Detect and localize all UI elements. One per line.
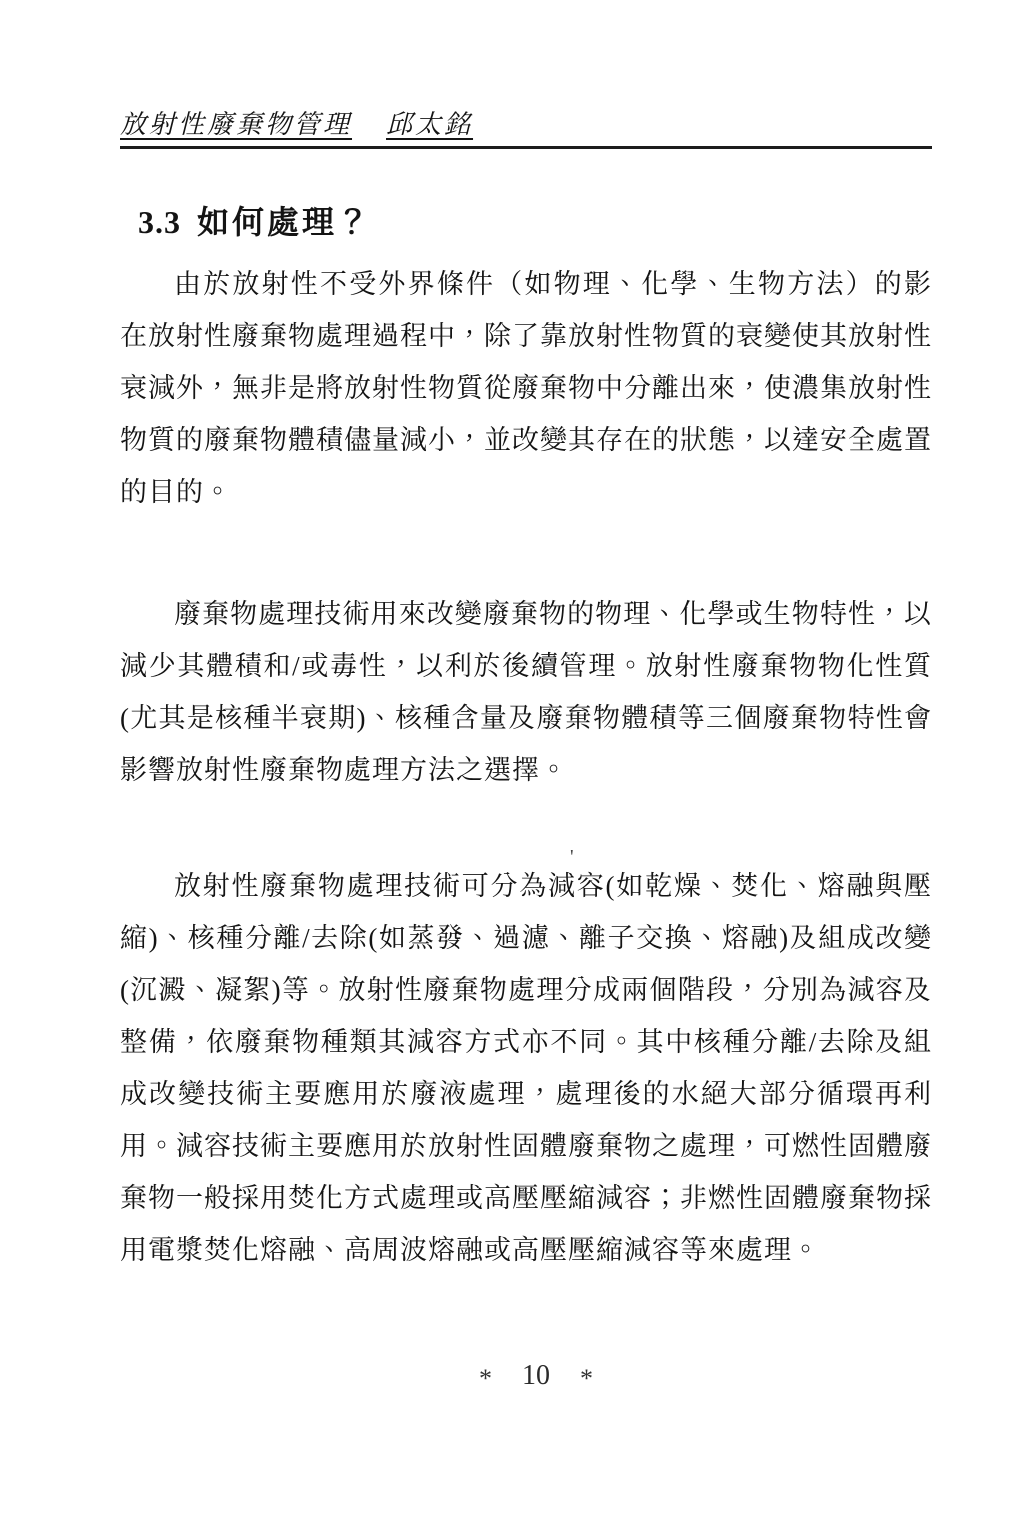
book-title: 放射性廢棄物管理	[120, 110, 352, 139]
text-line: 成改變技術主要應用於廢液處理，處理後的水絕大部分循環再利	[120, 1068, 932, 1120]
text-line: (沉澱、凝絮)等。放射性廢棄物處理分成兩個階段，分別為減容及	[120, 964, 932, 1016]
footer-asterisk-right: *	[580, 1364, 593, 1394]
document-page: 放射性廢棄物管理邱太銘 3.3如何處理？ ' 由於放射性不受外界條件（如物理、化…	[0, 0, 1024, 1514]
running-head: 放射性廢棄物管理邱太銘	[120, 104, 932, 149]
text-line: 影響放射性廢棄物處理方法之選擇。	[120, 744, 932, 796]
text-line: 棄物一般採用焚化方式處理或高壓壓縮減容；非燃性固體廢棄物採	[120, 1172, 932, 1224]
text-line: 用電漿焚化熔融、高周波熔融或高壓壓縮減容等來處理。	[120, 1224, 932, 1276]
paragraph-2: 廢棄物處理技術用來改變廢棄物的物理、化學或生物特性，以 減少其體積和/或毒性，以…	[120, 588, 932, 796]
text-line: 由於放射性不受外界條件（如物理、化學、生物方法）的影響，	[120, 258, 932, 310]
page-footer: * 10 *	[0, 1360, 1024, 1392]
paragraph-1: 由於放射性不受外界條件（如物理、化學、生物方法）的影響， 在放射性廢棄物處理過程…	[120, 258, 932, 518]
section-heading: 3.3如何處理？	[138, 197, 372, 243]
text-line: (尤其是核種半衰期)、核種含量及廢棄物體積等三個廢棄物特性會	[120, 692, 932, 744]
text-line: 縮)、核種分離/去除(如蒸發、過濾、離子交換、熔融)及組成改變	[120, 912, 932, 964]
paragraph-3: 放射性廢棄物處理技術可分為減容(如乾燥、焚化、熔融與壓 縮)、核種分離/去除(如…	[120, 860, 932, 1276]
text-line: 的目的。	[120, 466, 932, 518]
text-line: 在放射性廢棄物處理過程中，除了靠放射性物質的衰變使其放射性	[120, 310, 932, 362]
text-line: 衰減外，無非是將放射性物質從廢棄物中分離出來，使濃集放射性	[120, 362, 932, 414]
section-number: 3.3	[138, 204, 181, 240]
text-line: 放射性廢棄物處理技術可分為減容(如乾燥、焚化、熔融與壓	[120, 860, 932, 912]
book-author: 邱太銘	[386, 110, 473, 139]
text-line: 物質的廢棄物體積儘量減小，並改變其存在的狀態，以達安全處置	[120, 414, 932, 466]
text-line: 減少其體積和/或毒性，以利於後續管理。放射性廢棄物物化性質	[120, 640, 932, 692]
page-number: 10	[522, 1360, 550, 1392]
text-line: 用。減容技術主要應用於放射性固體廢棄物之處理，可燃性固體廢	[120, 1120, 932, 1172]
text-line: 廢棄物處理技術用來改變廢棄物的物理、化學或生物特性，以	[120, 588, 932, 640]
section-title: 如何處理？	[197, 204, 372, 240]
text-line: 整備，依廢棄物種類其減容方式亦不同。其中核種分離/去除及組	[120, 1016, 932, 1068]
footer-asterisk-left: *	[479, 1364, 492, 1394]
